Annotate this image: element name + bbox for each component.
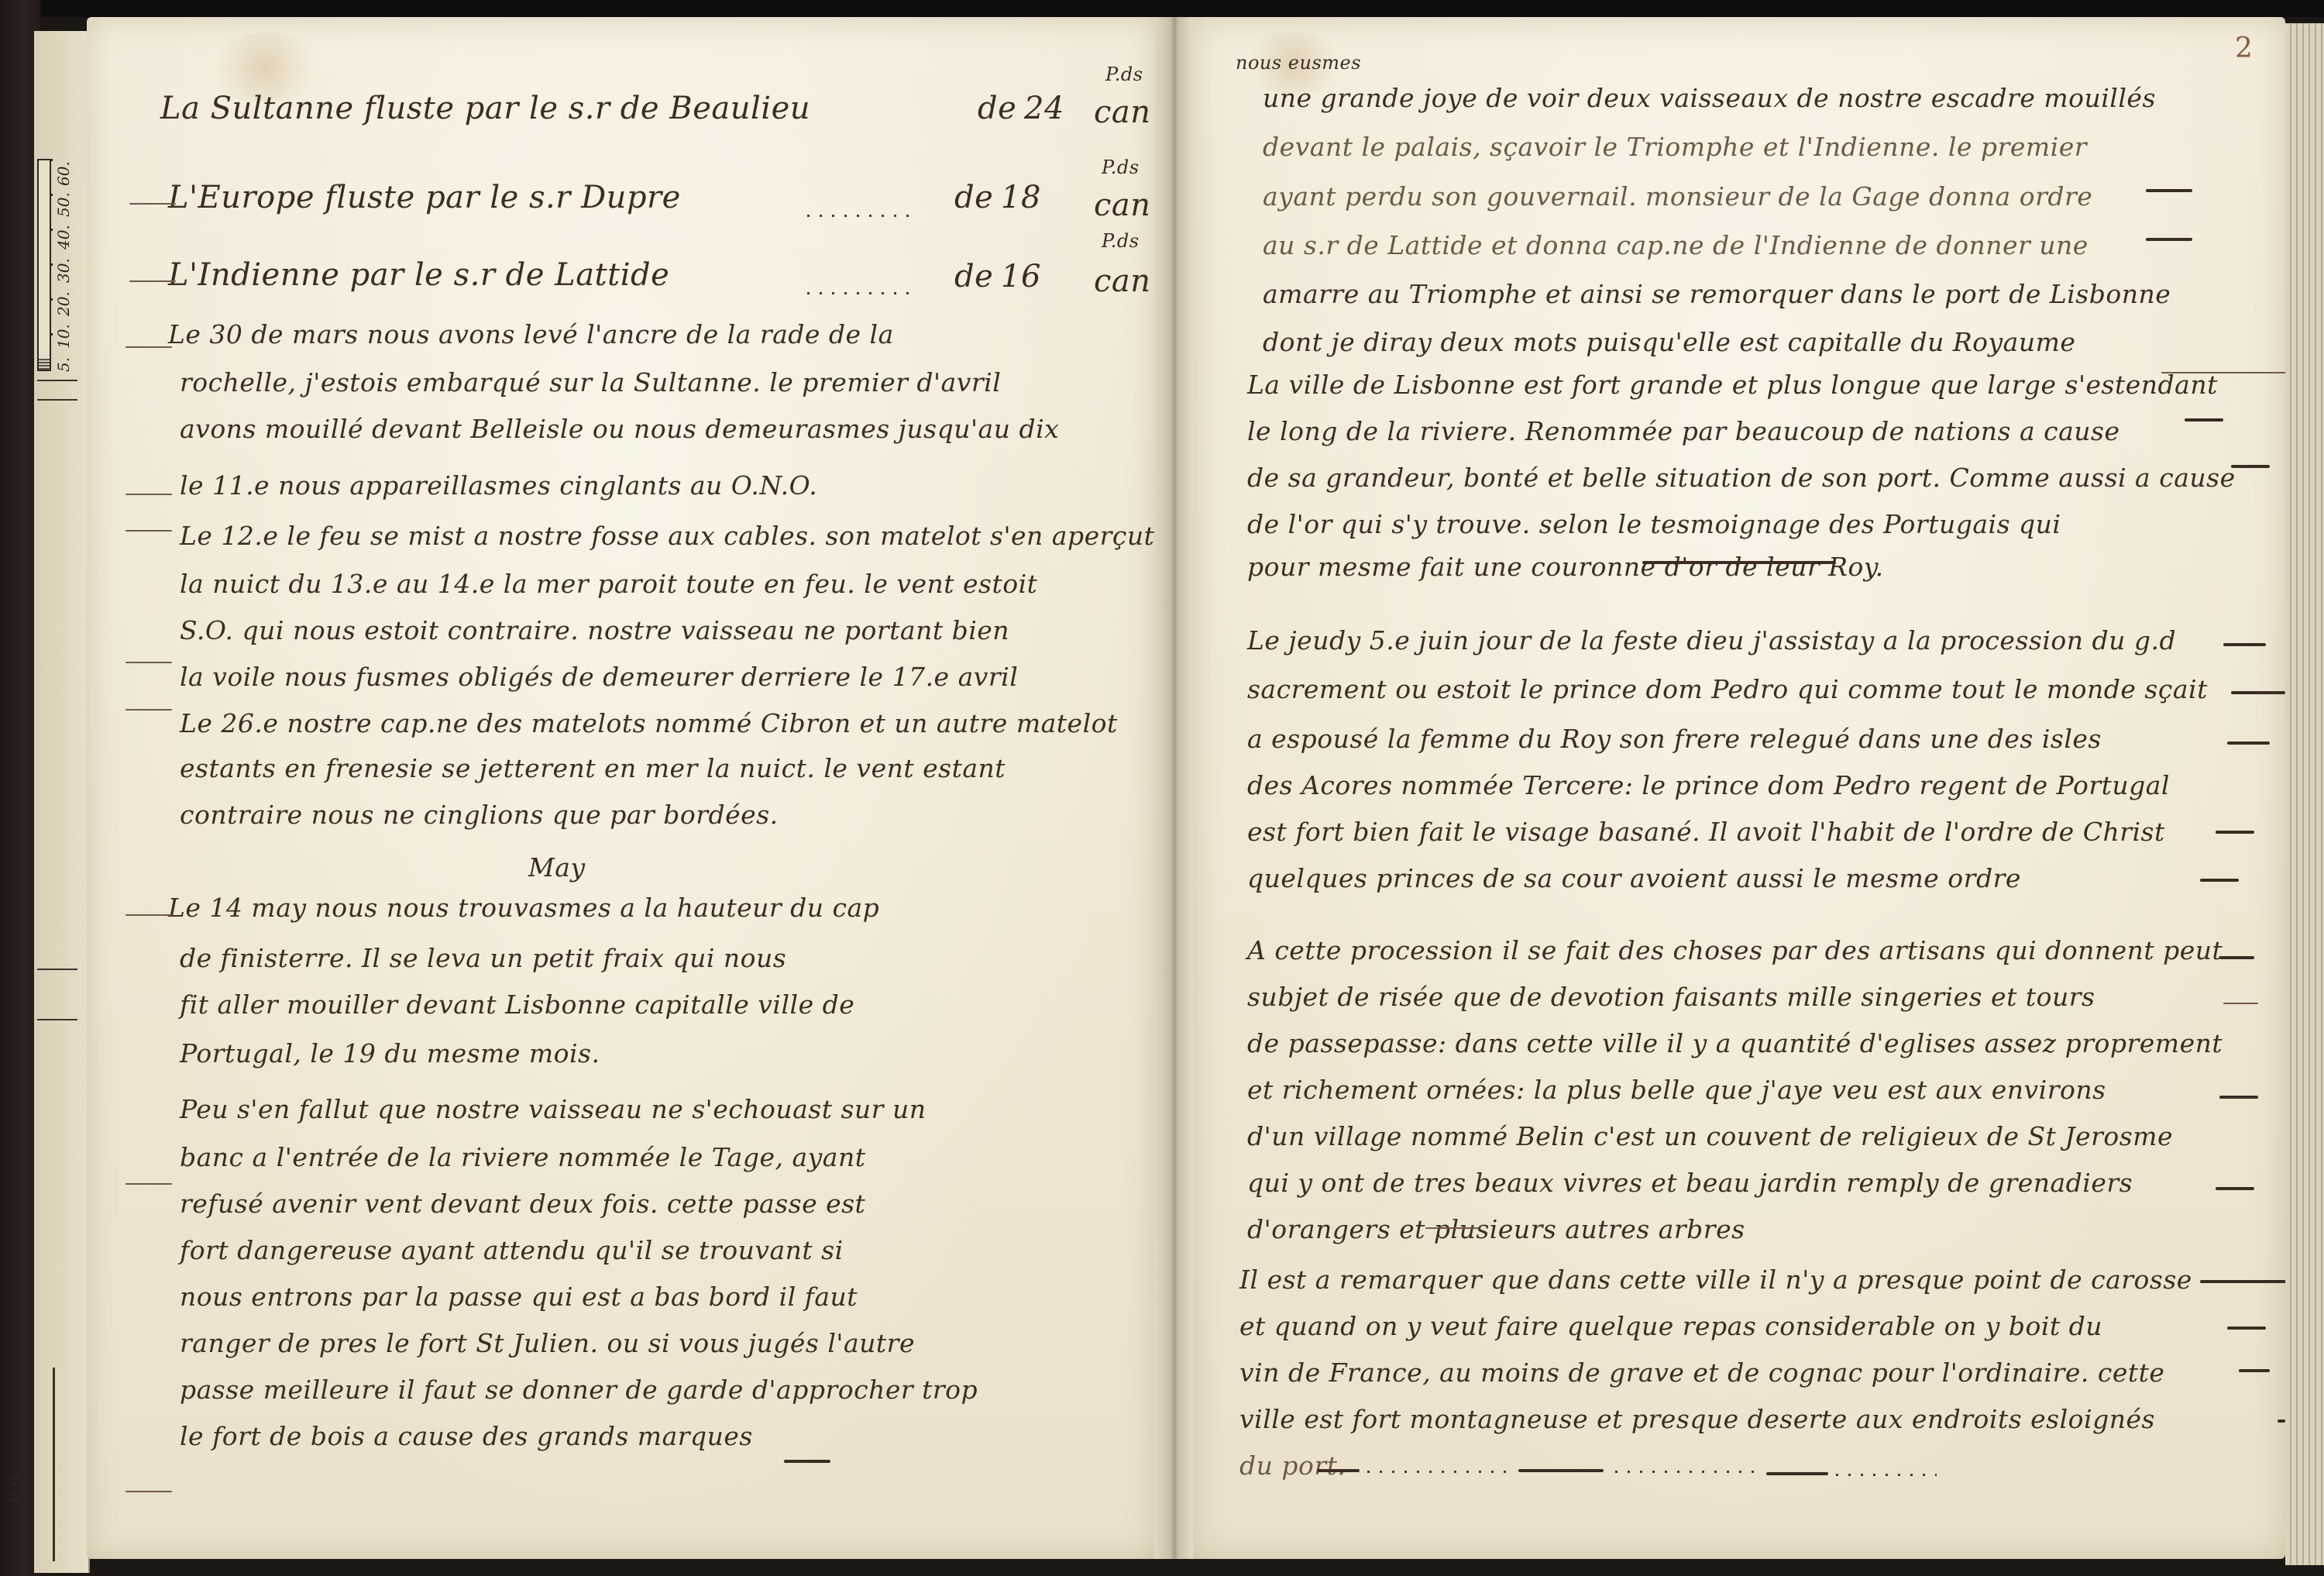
margin-rule xyxy=(37,1019,77,1020)
line-end-dash xyxy=(2146,238,2192,241)
line-end-dash xyxy=(2146,189,2192,192)
entry-line: au s.r de Lattide et donna cap.ne de l'I… xyxy=(1263,230,2089,260)
entry-line: la voile nous fusmes obligés de demeurer… xyxy=(180,662,1018,692)
fill-dots xyxy=(1367,1471,1507,1473)
entry-line: et richement ornées: la plus belle que j… xyxy=(1247,1075,2106,1105)
margin-rule xyxy=(37,399,77,401)
right-page: 2 nous eusmes une grande joye de voir de… xyxy=(1193,17,2285,1559)
line-end-dash xyxy=(2200,879,2239,882)
entry-line: des Acores nommée Tercere: le prince dom… xyxy=(1247,770,2170,800)
entry-line: Le 14 may nous nous trouvasmes a la haut… xyxy=(168,893,879,923)
entry-line: pour mesme fait une couronne d'or de leu… xyxy=(1247,552,1884,582)
entry-line: et quand on y veut faire quelque repas c… xyxy=(1239,1311,2102,1341)
scale-label-20: 20. xyxy=(54,291,73,316)
entry-line: Le 26.e nostre cap.ne des matelots nommé… xyxy=(180,708,1118,738)
fill-dash xyxy=(1518,1469,1604,1472)
scale-label-10: 10. xyxy=(54,324,73,349)
guns-prefix: de xyxy=(954,180,993,215)
margin-dash xyxy=(125,494,172,495)
margin-dash xyxy=(125,1491,172,1492)
entry-line: du port. xyxy=(1239,1450,1346,1481)
guns-prefix: de xyxy=(954,259,993,294)
guns-prefix: de xyxy=(978,91,1016,126)
line-end-dash xyxy=(2185,418,2223,422)
margin-bracket xyxy=(53,1368,55,1561)
unit-label: can xyxy=(1094,95,1151,130)
book-gutter xyxy=(1154,17,1195,1559)
entry-line: Le 30 de mars nous avons levé l'ancre de… xyxy=(168,319,894,349)
fill-dash xyxy=(1317,1469,1360,1472)
entry-line: le fort de bois a cause des grands marqu… xyxy=(180,1421,753,1451)
margin-dash xyxy=(129,203,176,205)
gun-count: 16 xyxy=(1001,259,1041,294)
entry-line: sacrement ou estoit le prince dom Pedro … xyxy=(1247,674,2208,704)
left-page: La Sultanne fluste par le s.r de Beaulie… xyxy=(87,17,1156,1559)
scale-ticks xyxy=(50,159,53,368)
entry-line: d'orangers et plusieurs autres arbres xyxy=(1247,1214,1745,1244)
unit-superscript: P.ds xyxy=(1102,230,1140,252)
entry-line: Il est a remarquer que dans cette ville … xyxy=(1239,1265,2192,1295)
entry-line: de passepasse: dans cette ville il y a q… xyxy=(1247,1028,2223,1058)
entry-line: ayant perdu son gouvernail. monsieur de … xyxy=(1263,181,2092,212)
line-end-dash xyxy=(2219,956,2254,959)
entry-line: contraire nous ne cinglions que par bord… xyxy=(180,800,779,830)
entry-line: ranger de pres le fort St Julien. ou si … xyxy=(180,1328,915,1358)
margin-rule xyxy=(37,380,77,381)
entry-line: a espousé la femme du Roy son frere rele… xyxy=(1247,724,2102,754)
entry-line: banc a l'entrée de la riviere nommée le … xyxy=(180,1142,865,1172)
fill-dots xyxy=(1615,1471,1755,1473)
entry-line: S.O. qui nous estoit contraire. nostre v… xyxy=(180,615,1009,645)
entry-line: Le jeudy 5.e juin jour de la feste dieu … xyxy=(1247,625,2176,656)
entry-line: rochelle, j'estois embarqué sur la Sulta… xyxy=(180,367,1001,397)
entry-line: qui y ont de tres beaux vivres et beau j… xyxy=(1247,1168,2133,1198)
line-end-dash xyxy=(2216,1187,2254,1190)
margin-dash xyxy=(125,530,172,532)
section-heading: May xyxy=(528,852,586,883)
entry-line: une grande joye de voir deux vaisseaux d… xyxy=(1263,83,2156,113)
manuscript-scan: 60. 50. 40. 30. 20. 10. 5. P. 9 La Sulta… xyxy=(0,0,2324,1576)
scale-label-60: 60. xyxy=(54,161,73,186)
line-end-dash xyxy=(2239,1369,2270,1372)
binding-top-edge xyxy=(0,0,2324,17)
ship-name: L'Europe fluste par le s.r Dupre xyxy=(168,180,681,215)
entry-line: de finisterre. Il se leva un petit fraix… xyxy=(180,943,786,973)
entry-line: La ville de Lisbonne est fort grande et … xyxy=(1247,370,2218,400)
margin-dash xyxy=(125,1183,172,1185)
unit-label: can xyxy=(1094,188,1151,223)
line-end-dash xyxy=(2223,643,2266,646)
scale-label-50: 50. xyxy=(54,192,73,217)
line-end-dash xyxy=(1425,1227,1480,1229)
entry-line: devant le palais, sçavoir le Triomphe et… xyxy=(1263,132,2087,162)
line-end-dash xyxy=(2278,1419,2285,1423)
entry-line: d'un village nommé Belin c'est un couven… xyxy=(1247,1121,2173,1151)
entry-line: avons mouillé devant Belleisle ou nous d… xyxy=(180,414,1059,444)
entry-line: quelques princes de sa cour avoient auss… xyxy=(1247,863,2021,893)
entry-line: refusé avenir vent devant deux fois. cet… xyxy=(180,1189,865,1219)
entry-line: de l'or qui s'y trouve. selon le tesmoig… xyxy=(1247,509,2061,539)
entry-line: subjet de risée que de devotion faisants… xyxy=(1247,982,2095,1012)
leader-dots xyxy=(807,215,916,217)
entry-line: Portugal, le 19 du mesme mois. xyxy=(180,1038,600,1068)
entry-line: estants en frenesie se jetterent en mer … xyxy=(180,753,1006,783)
page-edges xyxy=(2285,23,2324,1565)
margin-dash xyxy=(125,662,172,663)
unit-superscript: P.ds xyxy=(1102,157,1140,178)
entry-line: nous entrons par la passe qui est a bas … xyxy=(180,1282,858,1312)
margin-dash xyxy=(125,709,172,711)
line-end-dash xyxy=(2227,1327,2266,1330)
unit-label: can xyxy=(1094,263,1151,299)
entry-line: A cette procession il se fait des choses… xyxy=(1247,935,2223,965)
ship-name: La Sultanne fluste par le s.r de Beaulie… xyxy=(160,91,810,126)
entry-line: la nuict du 13.e au 14.e la mer paroit t… xyxy=(180,569,1037,599)
scale-label-5: 5. xyxy=(54,357,73,372)
entry-line: de sa grandeur, bonté et belle situation… xyxy=(1247,463,2236,493)
scale-label-40: 40. xyxy=(54,225,73,249)
page-number: 2 xyxy=(2235,33,2253,64)
entry-line: nous eusmes xyxy=(1236,52,1361,74)
gun-count: 24 xyxy=(1024,91,1064,126)
scale-label-30: 30. xyxy=(54,258,73,283)
scale-bar-fill xyxy=(39,359,50,370)
line-end-dash xyxy=(2216,831,2254,834)
margin-rule xyxy=(37,969,77,970)
line-end-dash xyxy=(1642,561,1836,564)
entry-line: Peu s'en fallut que nostre vaisseau ne s… xyxy=(180,1094,926,1124)
entry-line: le long de la riviere. Renommée par beau… xyxy=(1247,416,2120,446)
entry-line: est fort bien fait le visage basané. Il … xyxy=(1247,817,2165,847)
end-flourish xyxy=(784,1460,830,1463)
line-end-dash xyxy=(2223,1003,2258,1004)
line-end-dash xyxy=(2231,691,2285,694)
margin-dash xyxy=(129,280,176,282)
fill-dash xyxy=(1766,1472,1828,1475)
entry-line: amarre au Triomphe et ainsi se remorquer… xyxy=(1263,279,2171,309)
line-end-dash xyxy=(2227,742,2270,745)
line-end-dash xyxy=(2231,465,2270,468)
entry-line: Le 12.e le feu se mist a nostre fosse au… xyxy=(180,521,1154,551)
margin-dash xyxy=(125,346,172,348)
entry-line: fort dangereuse ayant attendu qu'il se t… xyxy=(180,1235,844,1265)
ship-name: L'Indienne par le s.r de Lattide xyxy=(168,257,669,293)
gun-count: 18 xyxy=(1001,180,1041,215)
entry-line: passe meilleure il faut se donner de gar… xyxy=(180,1375,978,1405)
line-end-dash xyxy=(2219,1096,2258,1099)
entry-line: vin de France, au moins de grave et de c… xyxy=(1239,1357,2164,1388)
leader-dots xyxy=(807,292,916,294)
footer-mark: P. 9 xyxy=(6,1476,25,1503)
unit-superscript: P.ds xyxy=(1105,64,1143,85)
margin-scale-strip: 60. 50. 40. 30. 20. 10. 5. xyxy=(34,31,90,1573)
fill-dots xyxy=(1836,1474,1937,1476)
entry-line: dont je diray deux mots puisqu'elle est … xyxy=(1263,327,2075,357)
margin-dash xyxy=(125,914,172,916)
entry-line: ville est fort montagneuse et presque de… xyxy=(1239,1404,2155,1434)
entry-line: le 11.e nous appareillasmes cinglants au… xyxy=(180,470,817,501)
entry-line: fit aller mouiller devant Lisbonne capit… xyxy=(180,989,854,1020)
